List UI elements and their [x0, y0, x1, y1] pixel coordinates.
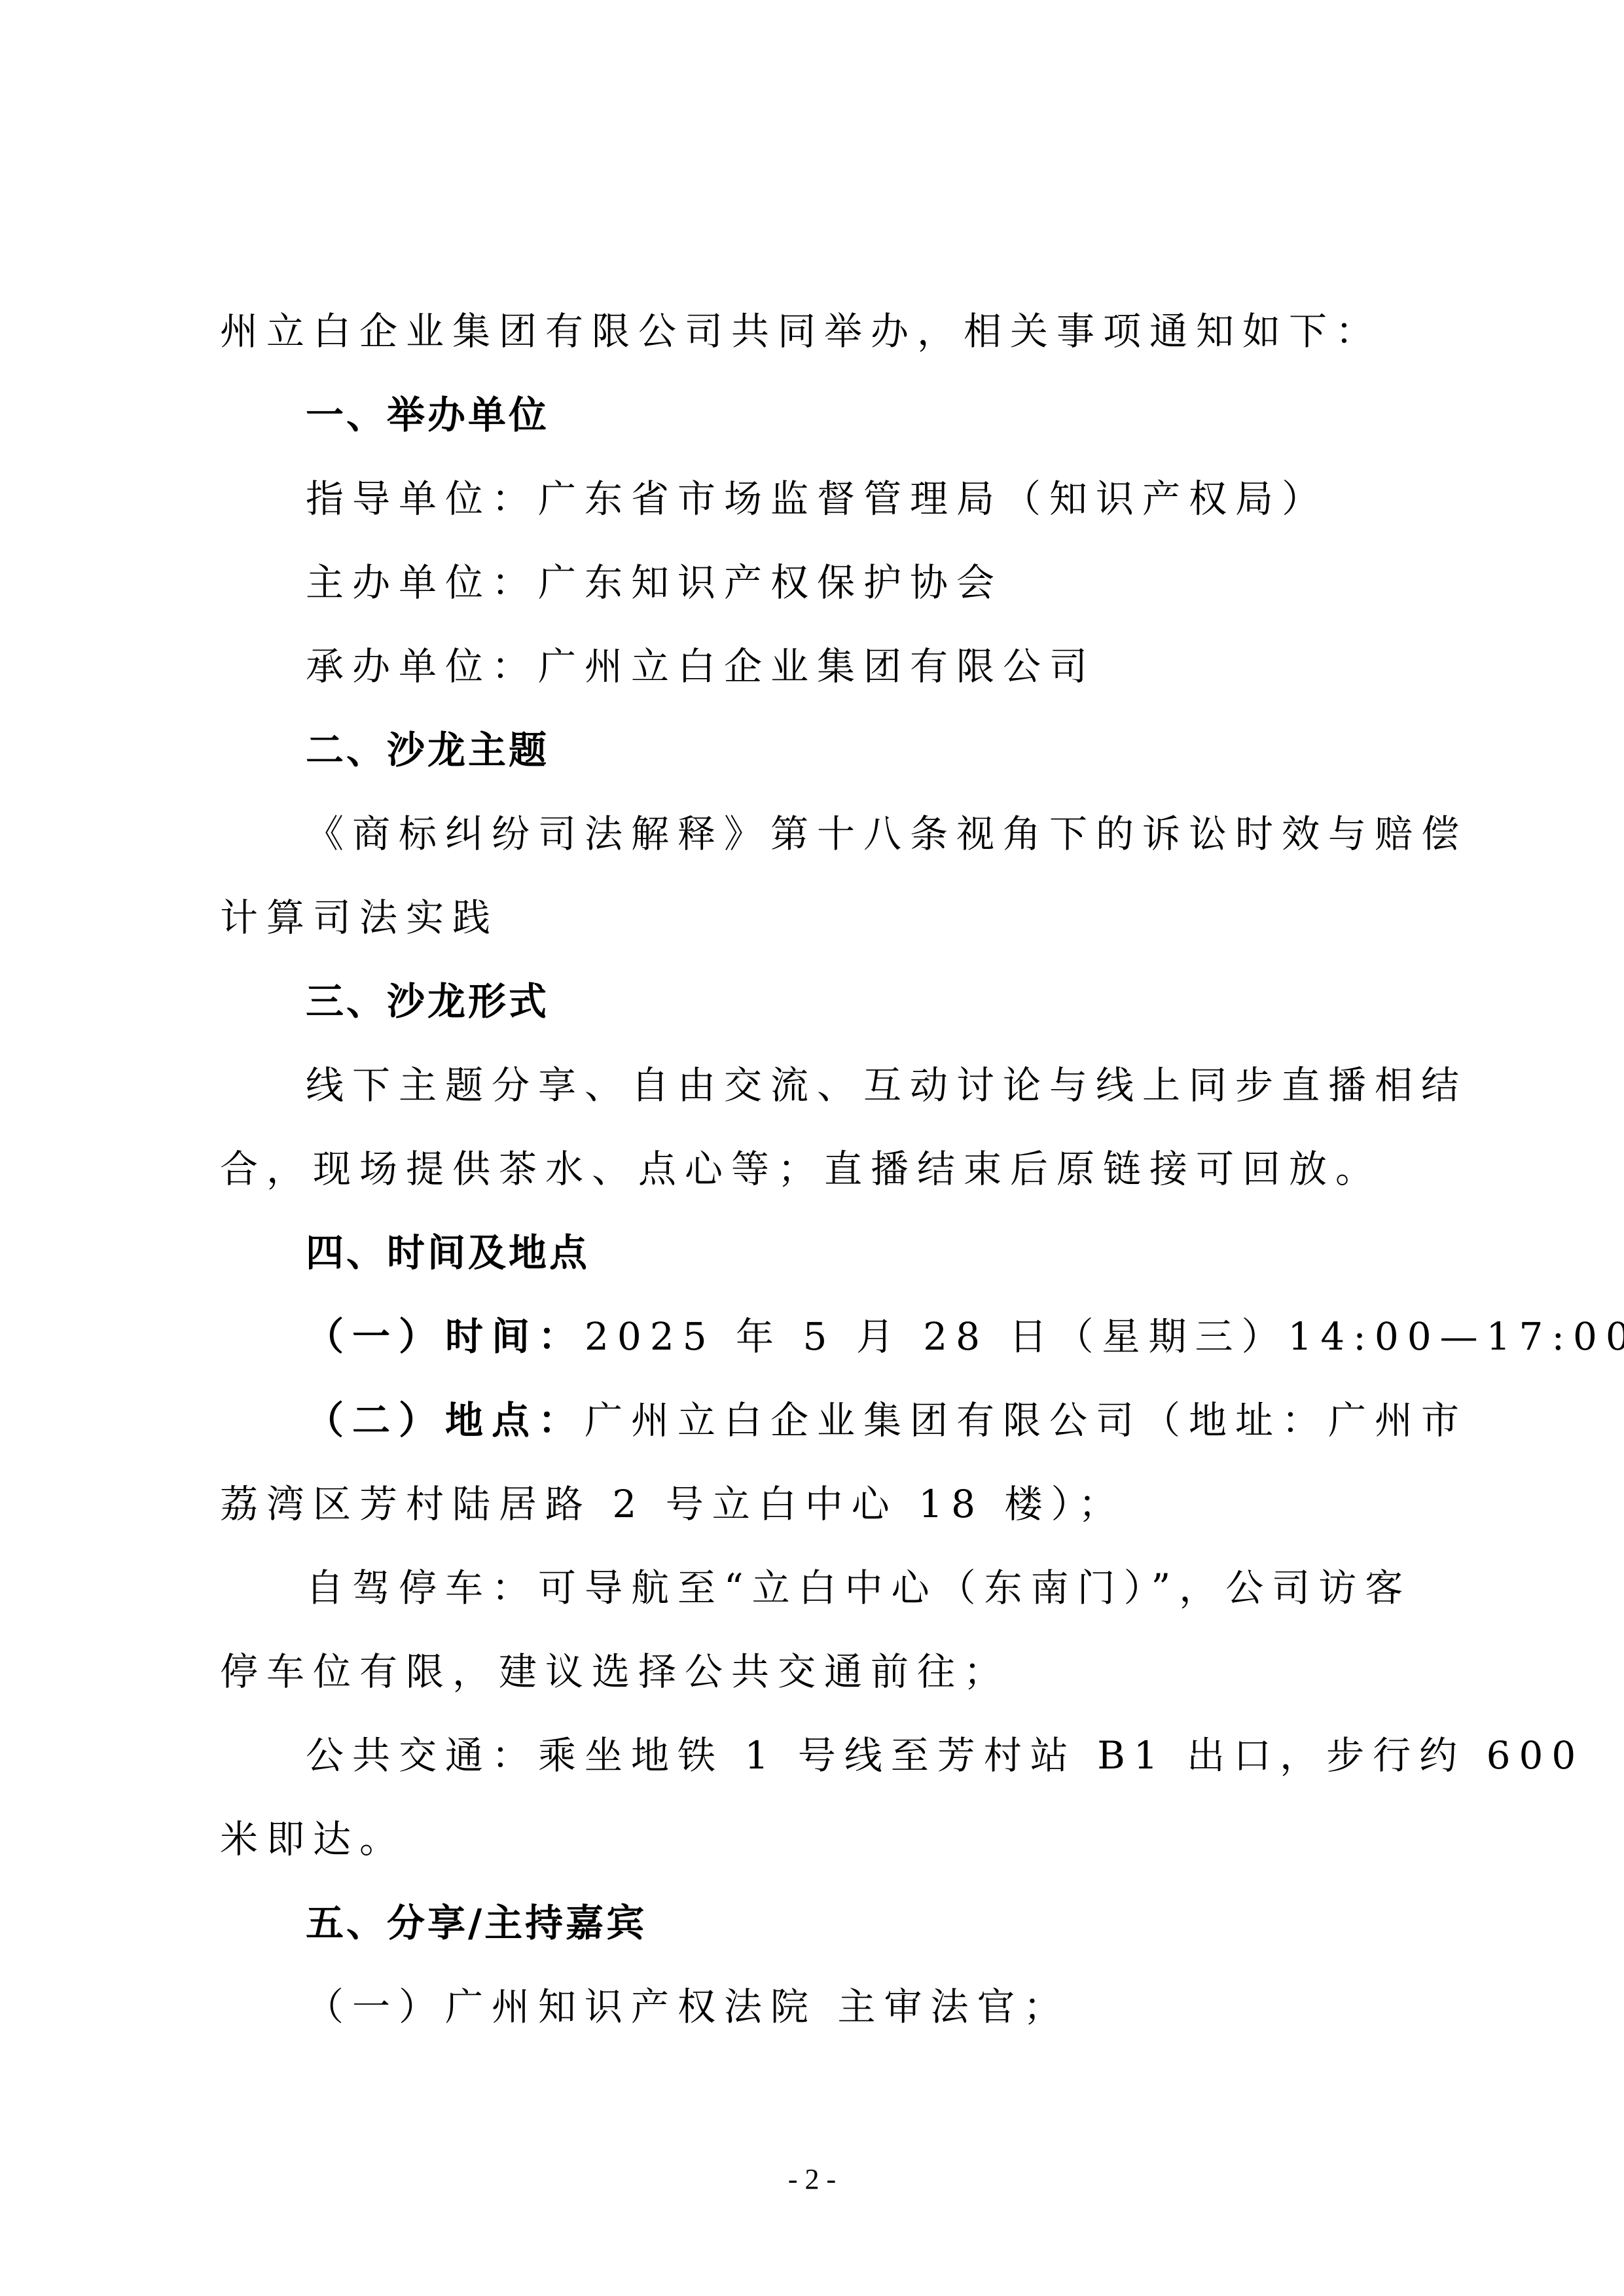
topic-line-2: 计算司法实践: [220, 894, 1405, 941]
page-number: - 2 -: [0, 2163, 1624, 2196]
transit-line-1: 公共交通：乘坐地铁 1 号线至芳村站 B1 出口，步行约 600: [306, 1732, 1490, 1779]
section-3-heading: 三、沙龙形式: [306, 978, 1490, 1025]
transit-line-2: 米即达。: [220, 1816, 1405, 1863]
section-2-heading: 二、沙龙主题: [306, 726, 1490, 774]
section-4-heading: 四、时间及地点: [306, 1229, 1490, 1276]
time-label: （一）时间：: [306, 1314, 585, 1359]
parking-line-1: 自驾停车：可导航至“立白中心（东南门）”，公司访客: [306, 1564, 1490, 1611]
place-line-2: 荔湾区芳村陆居路 2 号立白中心 18 楼）；: [220, 1480, 1405, 1528]
document-page: 州立白企业集团有限公司共同举办，相关事项通知如下： 一、举办单位 指导单位：广东…: [0, 0, 1624, 2296]
place-label: （二）地点：: [306, 1398, 585, 1443]
place-value: 广州立白企业集团有限公司（地址：广州市: [585, 1398, 1468, 1443]
organizer-unit: 承办单位：广州立白企业集团有限公司: [306, 643, 1490, 690]
intro-continuation: 州立白企业集团有限公司共同举办，相关事项通知如下：: [220, 308, 1405, 355]
time-value: 2025 年 5 月 28 日（星期三）14:00—17:00；: [585, 1314, 1624, 1359]
section-1-heading: 一、举办单位: [306, 391, 1490, 439]
place-line-1: （二）地点：广州立白企业集团有限公司（地址：广州市: [306, 1397, 1490, 1444]
guest-1: （一）广州知识产权法院 主审法官；: [306, 1983, 1490, 2030]
guide-unit: 指导单位：广东省市场监督管理局（知识产权局）: [306, 475, 1490, 522]
topic-line-1: 《商标纠纷司法解释》第十八条视角下的诉讼时效与赔偿: [306, 810, 1490, 857]
parking-line-2: 停车位有限，建议选择公共交通前往；: [220, 1648, 1405, 1695]
host-unit: 主办单位：广东知识产权保护协会: [306, 559, 1490, 606]
section-5-heading: 五、分享/主持嘉宾: [306, 1899, 1490, 1946]
form-line-2: 合，现场提供茶水、点心等；直播结束后原链接可回放。: [220, 1145, 1405, 1193]
form-line-1: 线下主题分享、自由交流、互动讨论与线上同步直播相结: [306, 1062, 1490, 1109]
time-line: （一）时间：2025 年 5 月 28 日（星期三）14:00—17:00；: [306, 1313, 1490, 1360]
